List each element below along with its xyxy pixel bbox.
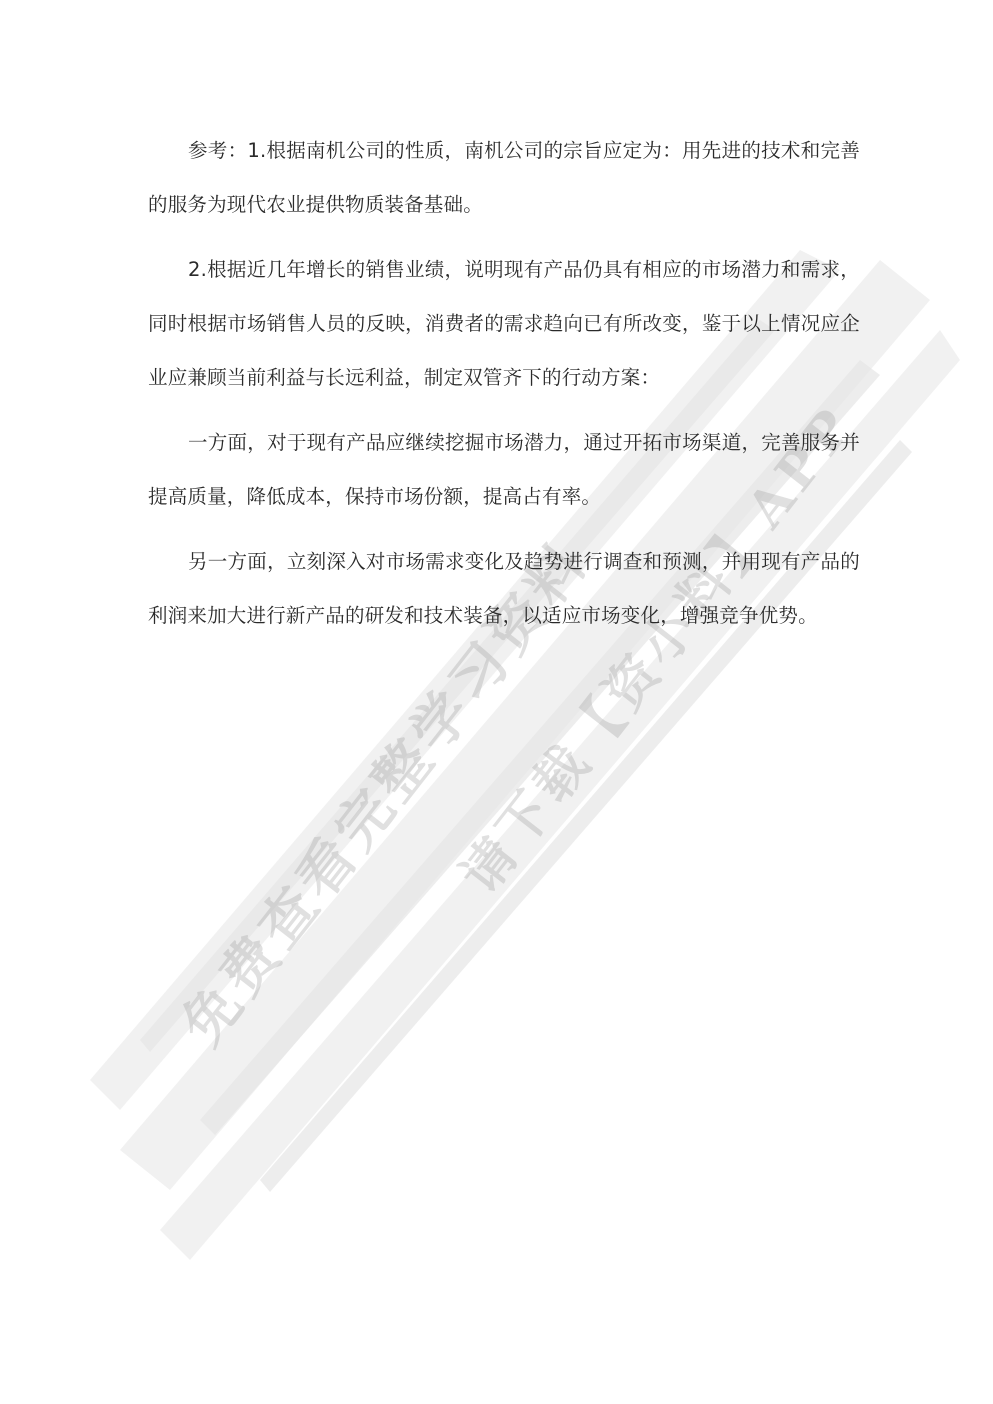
document-page: 免费查看完整学习资料 请下载【资小料】APP 参考：1.根据南机公司的性质，南机… [0, 0, 993, 1404]
document-body: 参考：1.根据南机公司的性质，南机公司的宗旨应定为：用先进的技术和完善的服务为现… [148, 124, 860, 654]
paragraph-other-hand: 另一方面，立刻深入对市场需求变化及趋势进行调查和预测，并用现有产品的利润来加大进… [148, 535, 860, 643]
paragraph-text: 参考：1.根据南机公司的性质，南机公司的宗旨应定为：用先进的技术和完善的服务为现… [148, 139, 860, 216]
paragraph-text: 2.根据近几年增长的销售业绩，说明现有产品仍具有相应的市场潜力和需求，同时根据市… [148, 258, 860, 389]
paragraph-reference-1: 参考：1.根据南机公司的性质，南机公司的宗旨应定为：用先进的技术和完善的服务为现… [148, 124, 860, 232]
paragraph-text: 另一方面，立刻深入对市场需求变化及趋势进行调查和预测，并用现有产品的利润来加大进… [148, 550, 860, 627]
paragraph-reference-2: 2.根据近几年增长的销售业绩，说明现有产品仍具有相应的市场潜力和需求，同时根据市… [148, 243, 860, 405]
paragraph-one-hand: 一方面，对于现有产品应继续挖掘市场潜力，通过开拓市场渠道，完善服务并提高质量，降… [148, 416, 860, 524]
paragraph-text: 一方面，对于现有产品应继续挖掘市场潜力，通过开拓市场渠道，完善服务并提高质量，降… [148, 431, 860, 508]
